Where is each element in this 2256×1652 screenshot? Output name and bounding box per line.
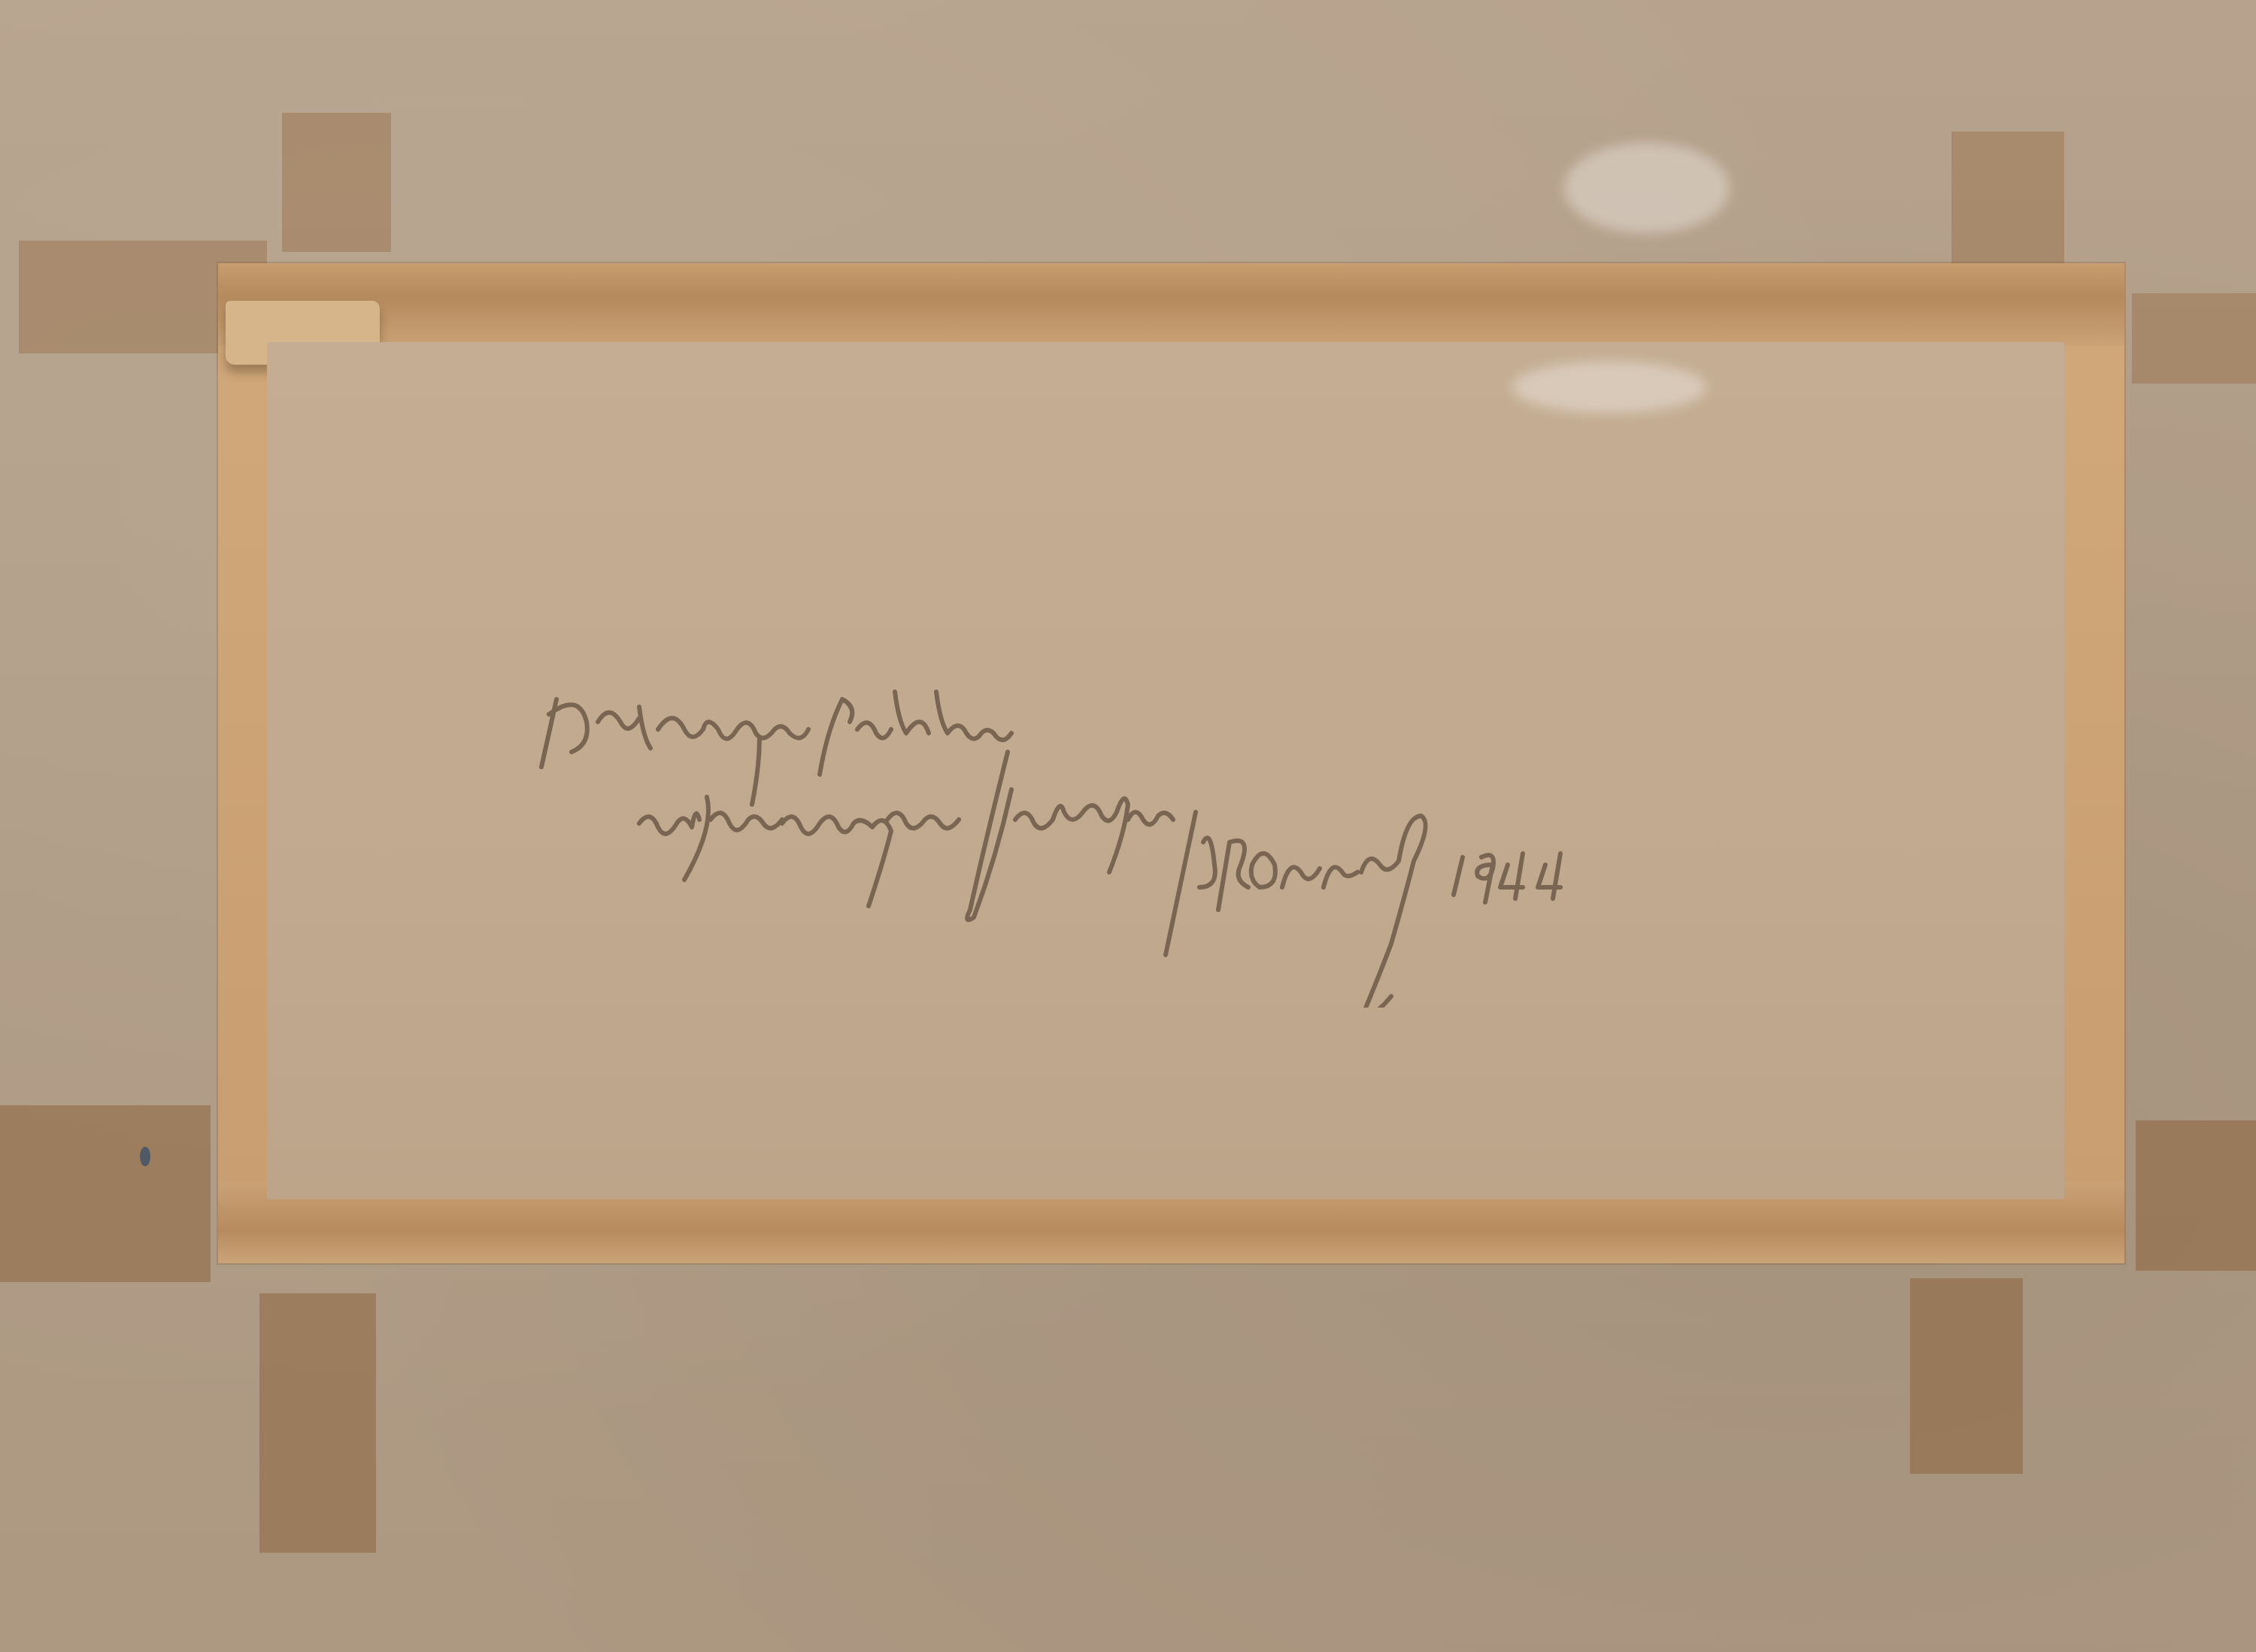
tape-strip-bottom-left-vertical — [259, 1293, 376, 1553]
light-glare — [1564, 143, 1730, 233]
tape-strip-bottom-left-horizontal — [0, 1105, 211, 1282]
tape-strip-right-horizontal — [2132, 293, 2256, 383]
tape-edge-top — [218, 263, 2124, 346]
cardboard-backing: Weihnachten [illegible] ... mit den herz… — [0, 0, 2256, 1652]
handwritten-inscription: Weihnachten [illegible] ... mit den herz… — [526, 617, 1805, 1008]
handwriting-strokes — [526, 617, 1805, 1008]
light-glare — [1512, 361, 1707, 414]
tape-strip-bottom-right-vertical — [1910, 1278, 2023, 1474]
tape-strip-bottom-right-horizontal — [2136, 1120, 2256, 1271]
nail-head — [140, 1147, 150, 1166]
tape-strip-top-left-vertical — [282, 113, 391, 252]
tape-strip-top-right-vertical — [1951, 132, 2064, 282]
